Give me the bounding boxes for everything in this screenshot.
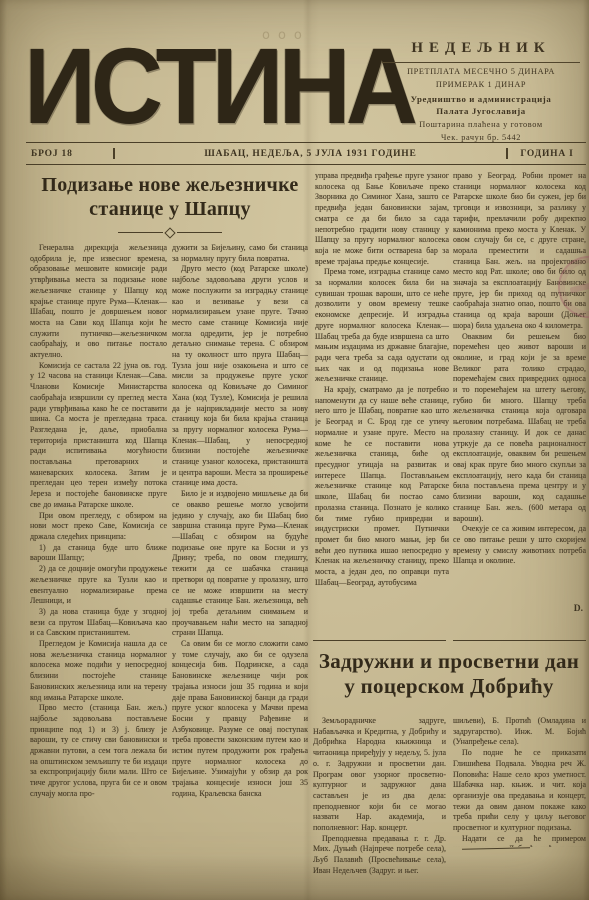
copy-price: ПРИМЕРАК 1 ДИНАР — [378, 80, 584, 89]
newspaper-page: ИСТИНА ооо НЕДЕЉНИК ПРЕТПЛАТА МЕСЕЧНО 5 … — [0, 0, 589, 900]
list-item: 1) да станица буде што ближе вароши Шапц… — [30, 543, 167, 564]
list-item: 3) да нова станица буде у згодној вези с… — [30, 607, 167, 639]
list-item: 2) да се доцније омогући продужење жељез… — [30, 564, 167, 607]
rule-segment — [313, 640, 446, 642]
paragraph: Друго место (код Ратарске школе) најбоље… — [172, 264, 308, 489]
paragraph: Оваквим би решењем био поремећен цео жив… — [453, 332, 586, 525]
ornament-line — [118, 232, 163, 233]
paragraph: Очекује се са живим интересом, да се ово… — [453, 524, 586, 567]
dateline-bar: БРОЈ 18 ШАБАЦ, НЕДЕЉА, 5 ЈУЛА 1931 ГОДИН… — [26, 142, 586, 165]
paragraph: Земљорадничке задруге, Набављачка и Кред… — [313, 716, 446, 834]
publication-year: ГОДИНА I — [508, 149, 586, 159]
paragraph: Са овим би се могло сложити само у томе … — [172, 639, 308, 800]
issue-number: БРОЈ 18 — [26, 149, 113, 159]
paragraph: По подне ће се приказати Глишићева Подва… — [453, 748, 586, 834]
ornament-line — [177, 232, 222, 233]
weekly-label: НЕДЕЉНИК — [378, 40, 584, 57]
article2-headline: Задружни и просветни дан у поцерском Доб… — [311, 649, 587, 699]
rule-gap — [446, 640, 453, 642]
article1-headline-line1: Подизање нове жељезничке — [28, 173, 312, 197]
paragraph: Надати се да ће примером напредног села … — [453, 834, 586, 847]
rule-segment — [453, 640, 586, 642]
subscription-price: ПРЕТПЛАТА МЕСЕЧНО 5 ДИНАРА — [378, 67, 584, 76]
paragraph: При овом прегледу, с обзиром на нови мос… — [30, 511, 167, 543]
article2-column-1: Земљорадничке задруге, Набављачка и Кред… — [313, 716, 446, 889]
end-of-article-rule — [462, 847, 530, 849]
paragraph: На крају, сматрамо да је потребно напоме… — [315, 385, 449, 588]
article2-column-2: шиљеви), Б. Протић (Омладина и задругарс… — [453, 716, 586, 847]
paragraph: Према томе, изградња станице само за нор… — [315, 267, 449, 385]
ornament-divider — [118, 228, 222, 237]
rule-divider — [382, 62, 580, 63]
article1-column-3: управа предвиђа грађење пруге узаног кол… — [315, 171, 449, 639]
newspaper-title: ИСТИНА — [24, 26, 374, 153]
editorial-address-line2: Палата Југославија — [378, 106, 584, 116]
paragraph: дужити за Бијељину, само би станица за н… — [172, 243, 308, 264]
article-divider-rule — [313, 640, 586, 642]
ornament-diamond-icon — [164, 227, 175, 238]
postage-note: Поштарина плаћена у готовом — [378, 120, 584, 129]
cheque-account: Чек. рачун бр. 5442 — [378, 133, 584, 142]
paragraph: шиљеви), Б. Протић (Омладина и задругарс… — [453, 716, 586, 748]
paragraph: Преподневна предавања г. г. Др. Мих. Дуњ… — [313, 834, 446, 877]
stamp-text-smudge — [570, 279, 589, 294]
masthead-info-block: НЕДЕЉНИК ПРЕТПЛАТА МЕСЕЧНО 5 ДИНАРА ПРИМ… — [378, 40, 584, 142]
publication-date: ШАБАЦ, НЕДЕЉА, 5 ЈУЛА 1931 ГОДИНЕ — [115, 149, 506, 159]
editorial-address-line1: Уредништво и администрација — [378, 94, 584, 104]
article1-column-4: право у Београд. Робни промет на станици… — [453, 171, 586, 603]
article2-headline-line2: у поцерском Добрићу — [311, 674, 587, 699]
paragraph: Било је и издвојено мишљење да би се ова… — [172, 489, 308, 639]
paragraph: Прво место (станица Бан. жељ.) најбоље з… — [30, 703, 167, 799]
article1-column-1: Генерална дирекција жељезница одобрила ј… — [30, 243, 167, 889]
paragraph: Комисија се састала 22 јуна ов. год. у 1… — [30, 361, 167, 511]
article1-headline-line2: станице у Шапцу — [28, 197, 312, 221]
article1-column-2: дужити за Бијељину, само би станица за н… — [172, 243, 308, 889]
paragraph: Прегледом је Комисија нашла да се нова ж… — [30, 639, 167, 703]
paragraph: Генерална дирекција жељезница одобрила ј… — [30, 243, 167, 361]
article1-headline: Подизање нове жељезничке станице у Шапцу — [28, 173, 312, 221]
ink-smudge: ооо — [262, 28, 342, 44]
article2-headline-line1: Задружни и просветни дан — [311, 649, 587, 674]
article1-author-signature: D. — [453, 604, 583, 614]
paragraph: управа предвиђа грађење пруге узаног кол… — [315, 171, 449, 267]
